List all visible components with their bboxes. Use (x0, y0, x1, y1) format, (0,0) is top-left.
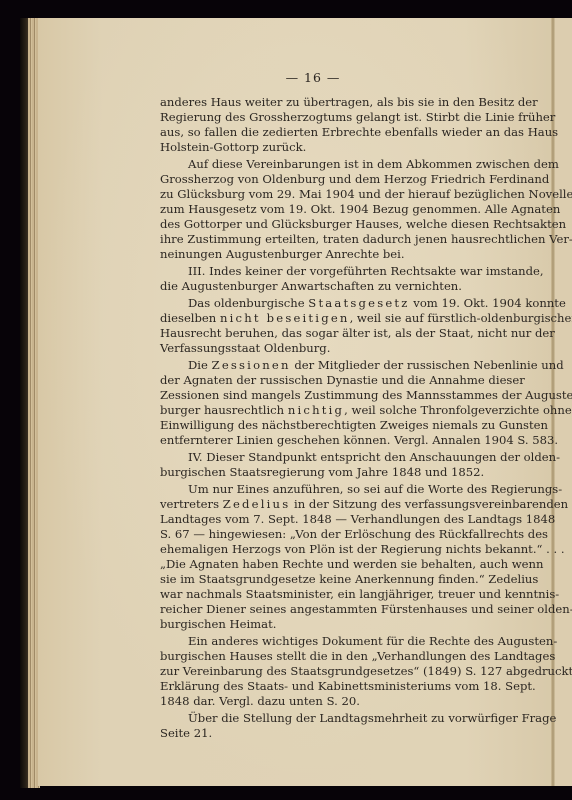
text-line: Auf diese Vereinbarungen ist in dem Abko… (132, 157, 494, 172)
text-line: sie im Staatsgrundgesetze keine Anerkenn… (132, 572, 494, 587)
emphasized-spaced-text: Zedelius (223, 497, 291, 511)
text-line: Landtages vom 7. Sept. 1848 — Verhandlun… (132, 512, 494, 527)
paragraph: Über die Stellung der Landtagsmehrheit z… (132, 711, 494, 741)
text-line: „Die Agnaten haben Rechte und werden sie… (132, 557, 494, 572)
text-line: Holstein-Gottorp zurück. (132, 140, 494, 155)
text-line: neinungen Augustenburger Anrechte bei. (132, 247, 494, 262)
text-line: III. Indes keiner der vorgeführten Recht… (132, 264, 494, 279)
text-line: burger hausrechtlich nichtig, weil solch… (132, 403, 494, 418)
emphasized-spaced-text: Staatsgesetz (308, 296, 409, 310)
text-line: Ein anderes wichtiges Dokument für die R… (132, 634, 494, 649)
text-line: burgischen Staatsregierung vom Jahre 184… (132, 465, 494, 480)
paragraph: IV. Dieser Standpunkt entspricht den Ans… (132, 450, 494, 480)
text-line: Regierung des Grossherzogtums gelangt is… (132, 110, 494, 125)
text-line: Grossherzog von Oldenburg und dem Herzog… (132, 172, 494, 187)
text-line: zur Vereinbarung des Staatsgrundgesetzes… (132, 664, 494, 679)
text-line: anderes Haus weiter zu übertragen, als b… (132, 95, 494, 110)
text-line: burgischen Heimat. (132, 617, 494, 632)
text-line: Seite 21. (132, 726, 494, 741)
page-number: — 16 — (0, 70, 572, 85)
text-line: Erklärung des Staats- und Kabinettsminis… (132, 679, 494, 694)
text-line: Das oldenburgische Staatsgesetz vom 19. … (132, 296, 494, 311)
text-line: die Augustenburger Anwartschaften zu ver… (132, 279, 494, 294)
text-line: ihre Zustimmung erteilten, traten dadurc… (132, 232, 494, 247)
text-line: Über die Stellung der Landtagsmehrheit z… (132, 711, 494, 726)
paragraph: III. Indes keiner der vorgeführten Recht… (132, 264, 494, 294)
text-line: Hausrecht beruhen, das sogar älter ist, … (132, 326, 494, 341)
text-line: ehemaligen Herzogs von Plön ist der Regi… (132, 542, 494, 557)
text-line: entfernterer Linien geschehen können. Ve… (132, 433, 494, 448)
text-line: zum Hausgesetz vom 19. Okt. 1904 Bezug g… (132, 202, 494, 217)
paragraph: Auf diese Vereinbarungen ist in dem Abko… (132, 157, 494, 262)
text-line: Um nur Eines anzuführen, so sei auf die … (132, 482, 494, 497)
text-line: aus, so fallen die zedierten Erbrechte e… (132, 125, 494, 140)
emphasized-spaced-text: nichtig (288, 403, 344, 417)
text-line: der Agnaten der russischen Dynastie und … (132, 373, 494, 388)
text-line: Die Zessionen der Mitglieder der russisc… (132, 358, 494, 373)
paragraph: Ein anderes wichtiges Dokument für die R… (132, 634, 494, 709)
text-line: zu Glücksburg vom 29. Mai 1904 und der h… (132, 187, 494, 202)
text-line: Zessionen sind mangels Zustimmung des Ma… (132, 388, 494, 403)
text-line: burgischen Hauses stellt die in den „Ver… (132, 649, 494, 664)
emphasized-spaced-text: Zessionen (212, 358, 291, 372)
paragraph: Um nur Eines anzuführen, so sei auf die … (132, 482, 494, 632)
text-line: Einwilligung des nächstberechtigten Zwei… (132, 418, 494, 433)
text-line: des Gottorper und Glücksburger Hauses, w… (132, 217, 494, 232)
text-line: Verfassungsstaat Oldenburg. (132, 341, 494, 356)
text-line: IV. Dieser Standpunkt entspricht den Ans… (132, 450, 494, 465)
paragraph: anderes Haus weiter zu übertragen, als b… (132, 95, 494, 155)
text-line: S. 67 — hingewiesen: „Von der Erlöschung… (132, 527, 494, 542)
text-line: reicher Diener seines angestammten Fürst… (132, 602, 494, 617)
text-line: vertreters Zedelius in der Sitzung des v… (132, 497, 494, 512)
text-line: war nachmals Staatsminister, ein langjäh… (132, 587, 494, 602)
paragraph: Die Zessionen der Mitglieder der russisc… (132, 358, 494, 448)
body-text: anderes Haus weiter zu übertragen, als b… (132, 95, 494, 741)
emphasized-spaced-text: nicht beseitigen (220, 311, 350, 325)
text-line: 1848 dar. Vergl. dazu unten S. 20. (132, 694, 494, 709)
text-line: dieselben nicht beseitigen, weil sie auf… (132, 311, 494, 326)
paragraph: Das oldenburgische Staatsgesetz vom 19. … (132, 296, 494, 356)
